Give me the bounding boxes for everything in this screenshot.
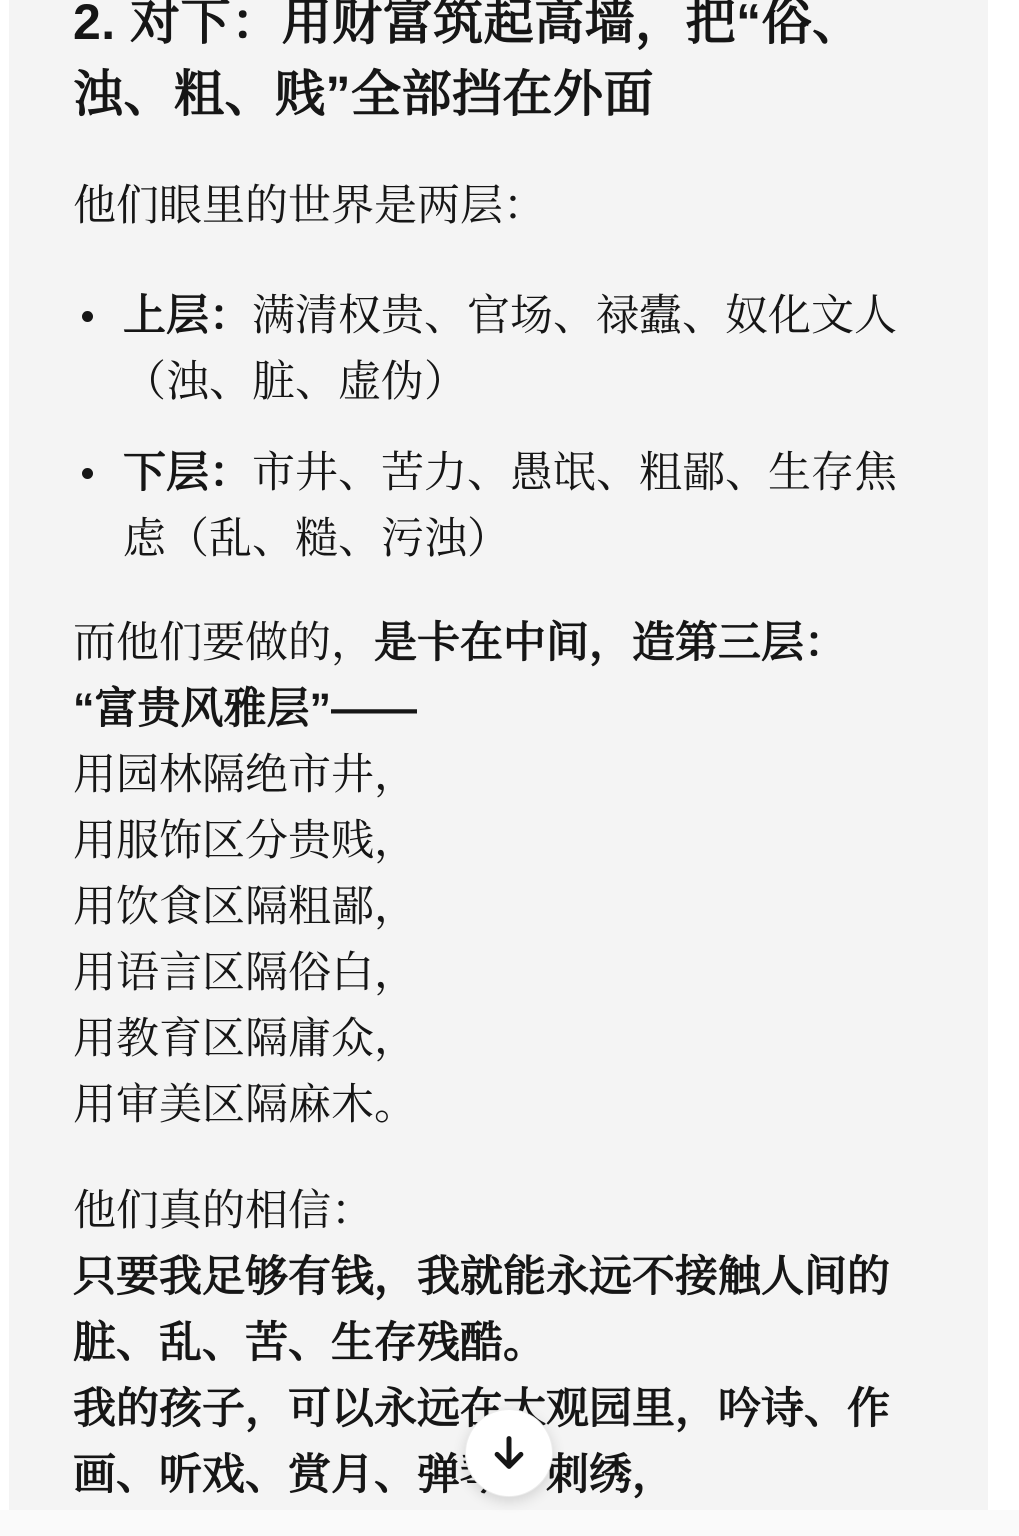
bullet-text: 上层：满清权贵、官场、禄蠹、奴化文人 （浊、脏、虚伪） <box>123 283 897 415</box>
bottom-strip <box>0 1510 1019 1536</box>
chat-message-page: 2. 对下：用财富筑起高墙，把“俗、 浊、粗、贱”全部挡在外面 他们眼里的世界是… <box>0 0 1019 1536</box>
paragraph-line: 用教育区隔庸众， <box>73 1006 988 1072</box>
intro-line: 他们眼里的世界是两层： <box>73 173 988 239</box>
paragraph-bold-text: 是卡在中间，造第三层： <box>374 619 847 667</box>
bullet-text: 下层：市井、苦力、愚氓、粗鄙、生存焦 虑（乱、糙、污浊） <box>123 440 897 572</box>
paragraph-line: 只要我足够有钱，我就能永远不接触人间的 <box>73 1244 988 1310</box>
paragraph-line: 用服饰区分贵贱， <box>73 808 988 874</box>
paragraph-line: 而他们要做的，是卡在中间，造第三层： <box>73 610 988 676</box>
heading-line-1: 2. 对下：用财富筑起高墙，把“俗、 <box>73 0 988 58</box>
assistant-message-panel: 2. 对下：用财富筑起高墙，把“俗、 浊、粗、贱”全部挡在外面 他们眼里的世界是… <box>9 0 988 1510</box>
bullet-dot-icon <box>82 311 93 322</box>
bullet-line: （浊、脏、虚伪） <box>123 349 897 415</box>
scroll-to-bottom-button[interactable] <box>465 1409 553 1497</box>
paragraph-line: “富贵风雅层”—— <box>73 676 988 742</box>
bullet-label: 下层： <box>123 449 252 497</box>
paragraph-text: 而他们要做的， <box>73 619 374 667</box>
bullet-dot-icon <box>82 468 93 479</box>
bullet-line: 上层：满清权贵、官场、禄蠹、奴化文人 <box>123 283 897 349</box>
paragraph-line: 用语言区隔俗白， <box>73 940 988 1006</box>
heading-line-2: 浊、粗、贱”全部挡在外面 <box>73 58 988 130</box>
bullet-line: 下层：市井、苦力、愚氓、粗鄙、生存焦 <box>123 440 897 506</box>
paragraph-line: 他们真的相信： <box>73 1178 988 1244</box>
message-content: 2. 对下：用财富筑起高墙，把“俗、 浊、粗、贱”全部挡在外面 他们眼里的世界是… <box>9 0 988 1508</box>
bullet-lower-layer: 下层：市井、苦力、愚氓、粗鄙、生存焦 虑（乱、糙、污浊） <box>73 440 988 572</box>
bullet-label: 上层： <box>123 292 252 340</box>
third-layer-paragraph: 而他们要做的，是卡在中间，造第三层： “富贵风雅层”—— 用园林隔绝市井， 用服… <box>73 610 988 1138</box>
paragraph-line: 用园林隔绝市井， <box>73 742 988 808</box>
section-heading: 2. 对下：用财富筑起高墙，把“俗、 浊、粗、贱”全部挡在外面 <box>73 0 988 130</box>
bullet-upper-layer: 上层：满清权贵、官场、禄蠹、奴化文人 （浊、脏、虚伪） <box>73 283 988 415</box>
down-arrow-icon <box>486 1430 532 1476</box>
paragraph-line: 脏、乱、苦、生存残酷。 <box>73 1310 988 1376</box>
bullet-body: 市井、苦力、愚氓、粗鄙、生存焦 <box>252 449 897 497</box>
paragraph-line: 用审美区隔麻木。 <box>73 1072 988 1138</box>
paragraph-line: 用饮食区隔粗鄙， <box>73 874 988 940</box>
bullet-line: 虑（乱、糙、污浊） <box>123 506 897 572</box>
bullet-body: 满清权贵、官场、禄蠹、奴化文人 <box>252 292 897 340</box>
